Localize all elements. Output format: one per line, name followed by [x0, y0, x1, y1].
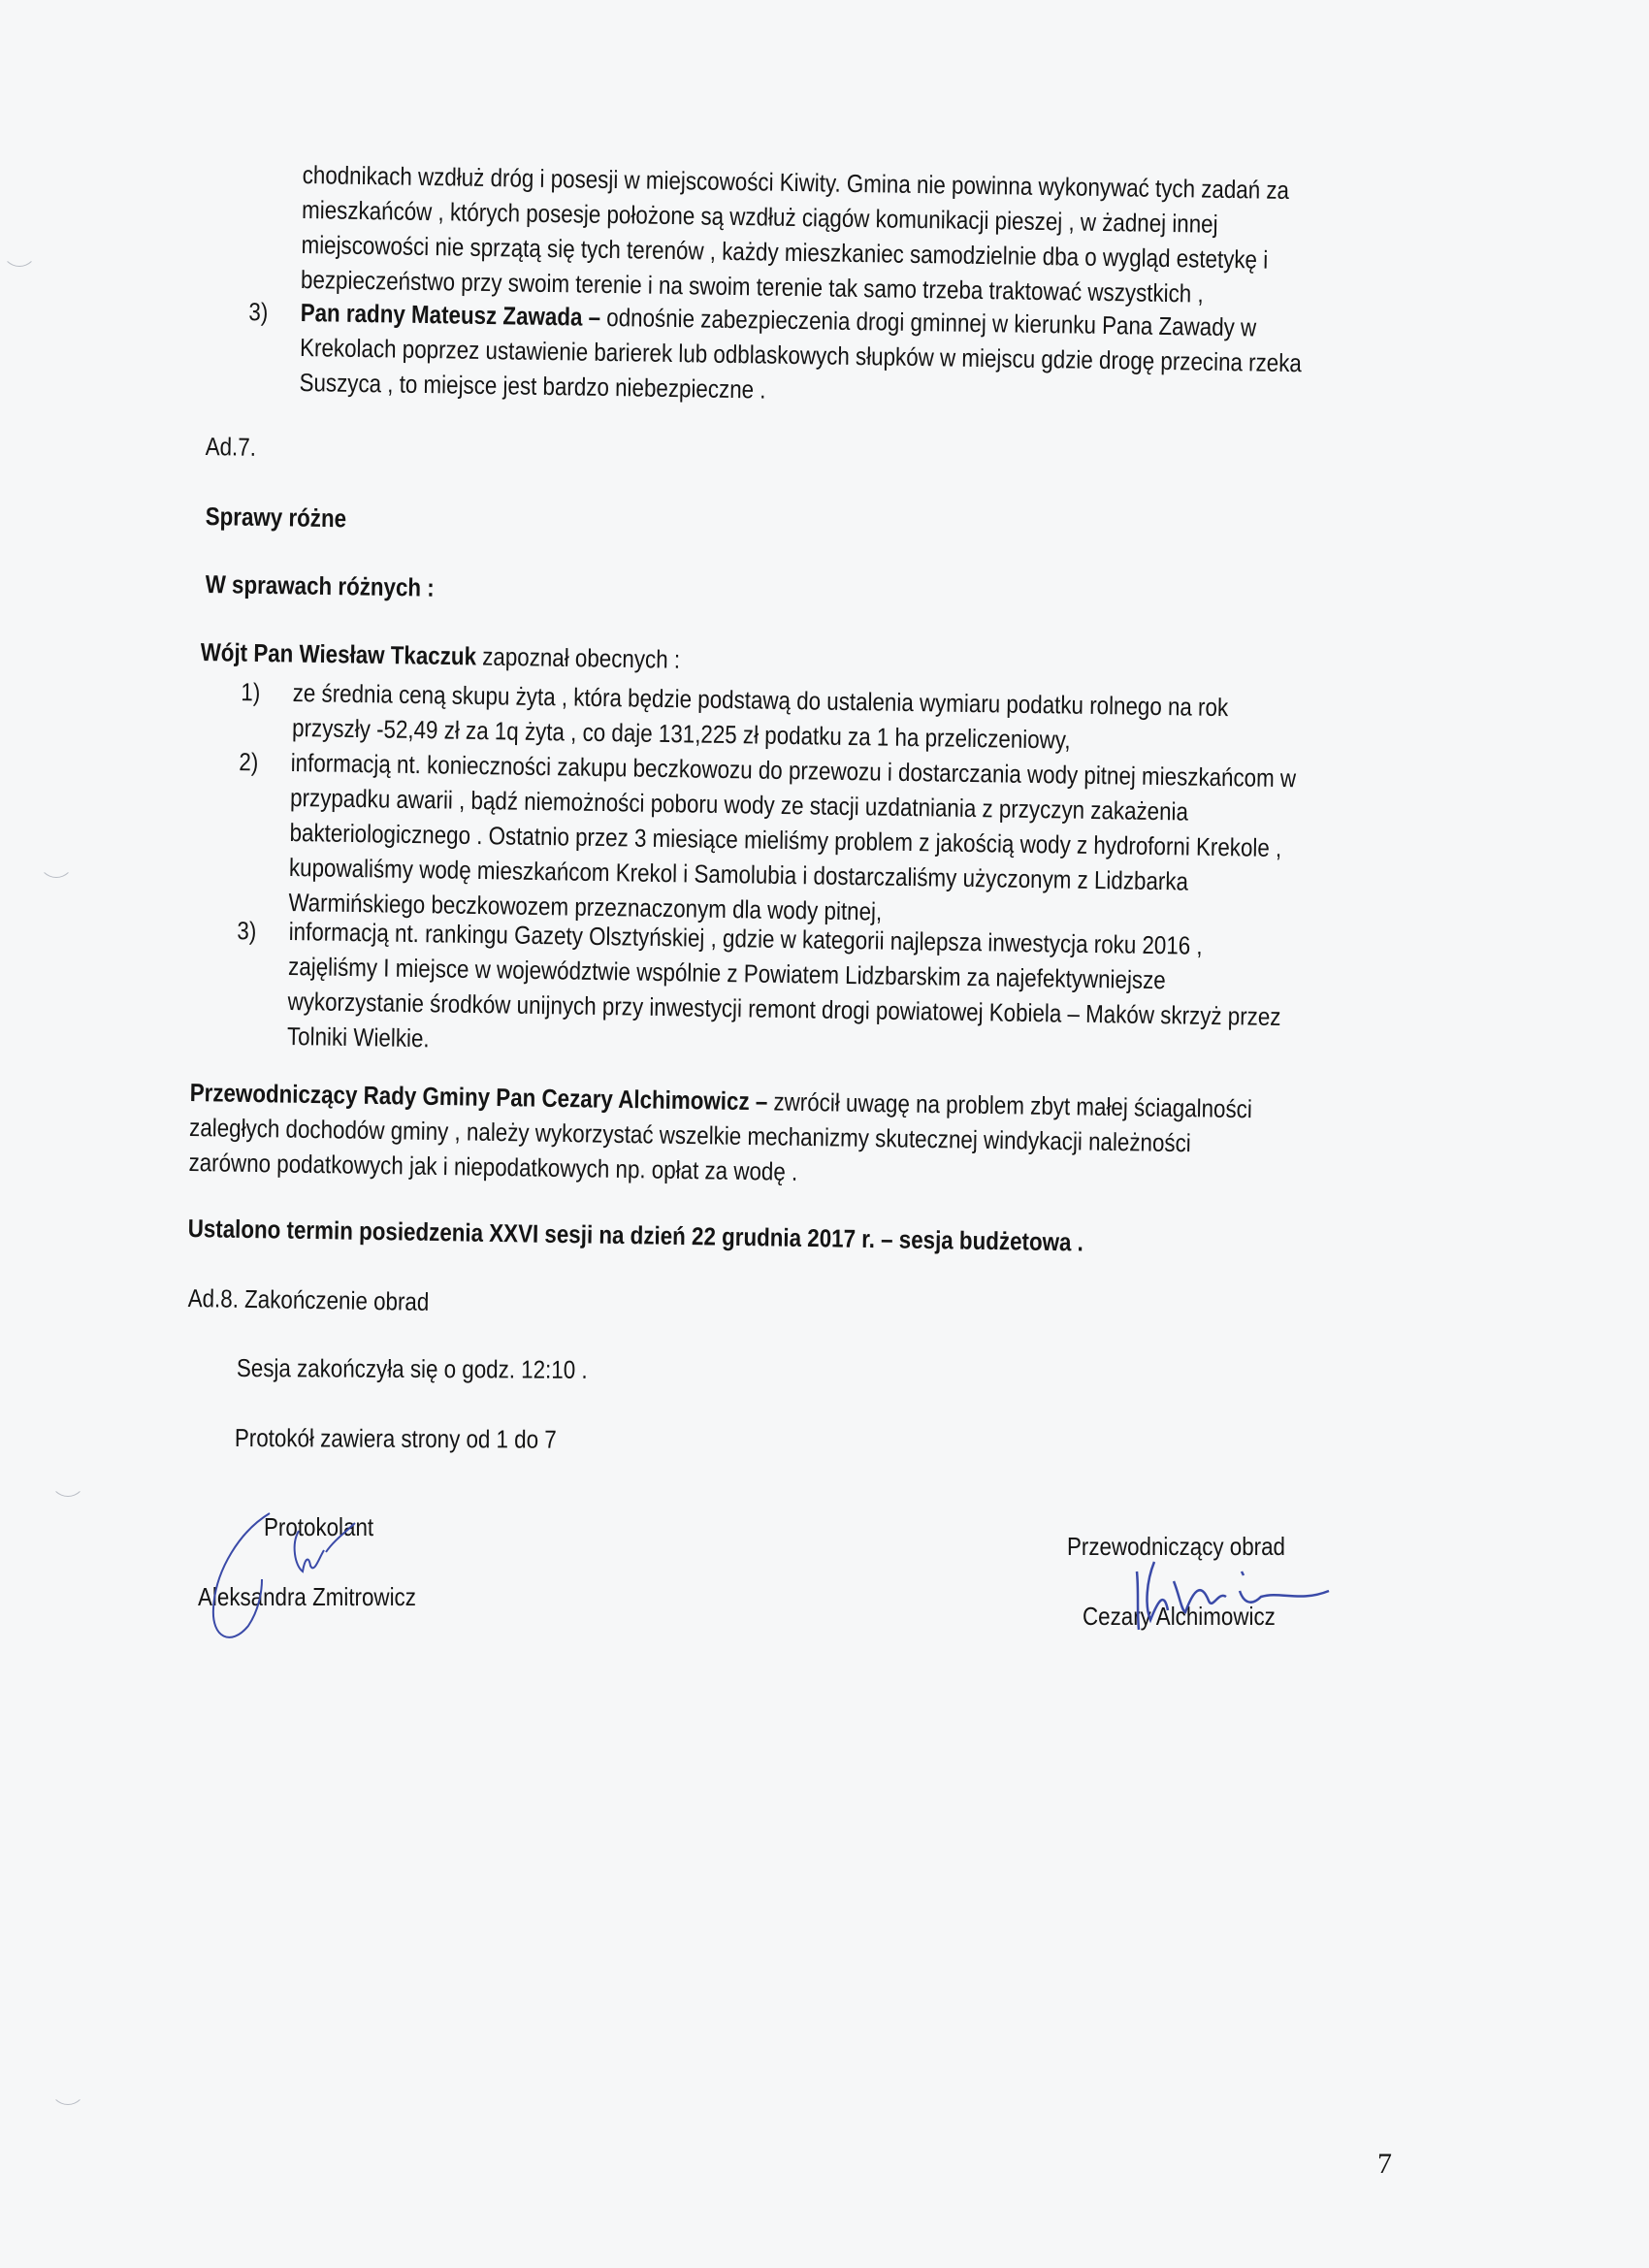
- punch-hole-mark: [39, 844, 74, 878]
- wojt-intro: Wójt Pan Wiesław Tkaczuk zapoznał obecny…: [200, 634, 680, 677]
- przewodniczacy-paragraph: Przewodniczący Rady Gminy Pan Cezary Alc…: [188, 1075, 1252, 1196]
- list-number: 2): [239, 744, 258, 779]
- speaker-name: Pan radny Mateusz Zawada –: [300, 298, 600, 332]
- punch-hole-mark: [50, 2071, 85, 2105]
- ad7-heading: Ad.7.: [205, 429, 256, 465]
- punch-hole-mark: [2, 233, 37, 267]
- next-session-date: Ustalono termin posiedzenia XXVI sesji n…: [187, 1211, 1083, 1259]
- punch-hole-mark: [50, 1463, 85, 1497]
- protocol-pages: Protokół zawiera strony od 1 do 7: [235, 1420, 557, 1457]
- document-page: chodnikach wzdłuż dróg i posesji w miejs…: [0, 0, 1649, 2268]
- carryover-paragraph: chodnikach wzdłuż dróg i posesji w miejs…: [301, 157, 1290, 312]
- session-end-time: Sesja zakończyła się o godz. 12:10 .: [237, 1350, 588, 1387]
- list-number: 1): [241, 674, 260, 709]
- text-line: zwrócił uwagę na problem zbyt małej ścia…: [767, 1086, 1252, 1123]
- page-number: 7: [1377, 2148, 1392, 2181]
- ad7-title: Sprawy różne: [205, 499, 346, 535]
- ad7-intro: W sprawach różnych :: [205, 567, 435, 605]
- handwritten-signature-right: [1125, 1552, 1358, 1639]
- list-number: 3): [248, 294, 268, 329]
- ad8-heading: Ad.8. Zakończenie obrad: [187, 1280, 429, 1319]
- speaker-name: Wójt Pan Wiesław Tkaczuk: [200, 637, 476, 670]
- wojt-item-3: 3) informacją nt. rankingu Gazety Olszty…: [287, 914, 1282, 1069]
- list-number: 3): [237, 913, 256, 948]
- wojt-item-2: 2) informacją nt. konieczności zakupu be…: [288, 745, 1296, 935]
- handwritten-signature-left: [202, 1502, 396, 1647]
- radny-zawada-item: 3) Pan radny Mateusz Zawada – odnośnie z…: [299, 295, 1302, 415]
- text-line: zapoznał obecnych :: [476, 641, 681, 673]
